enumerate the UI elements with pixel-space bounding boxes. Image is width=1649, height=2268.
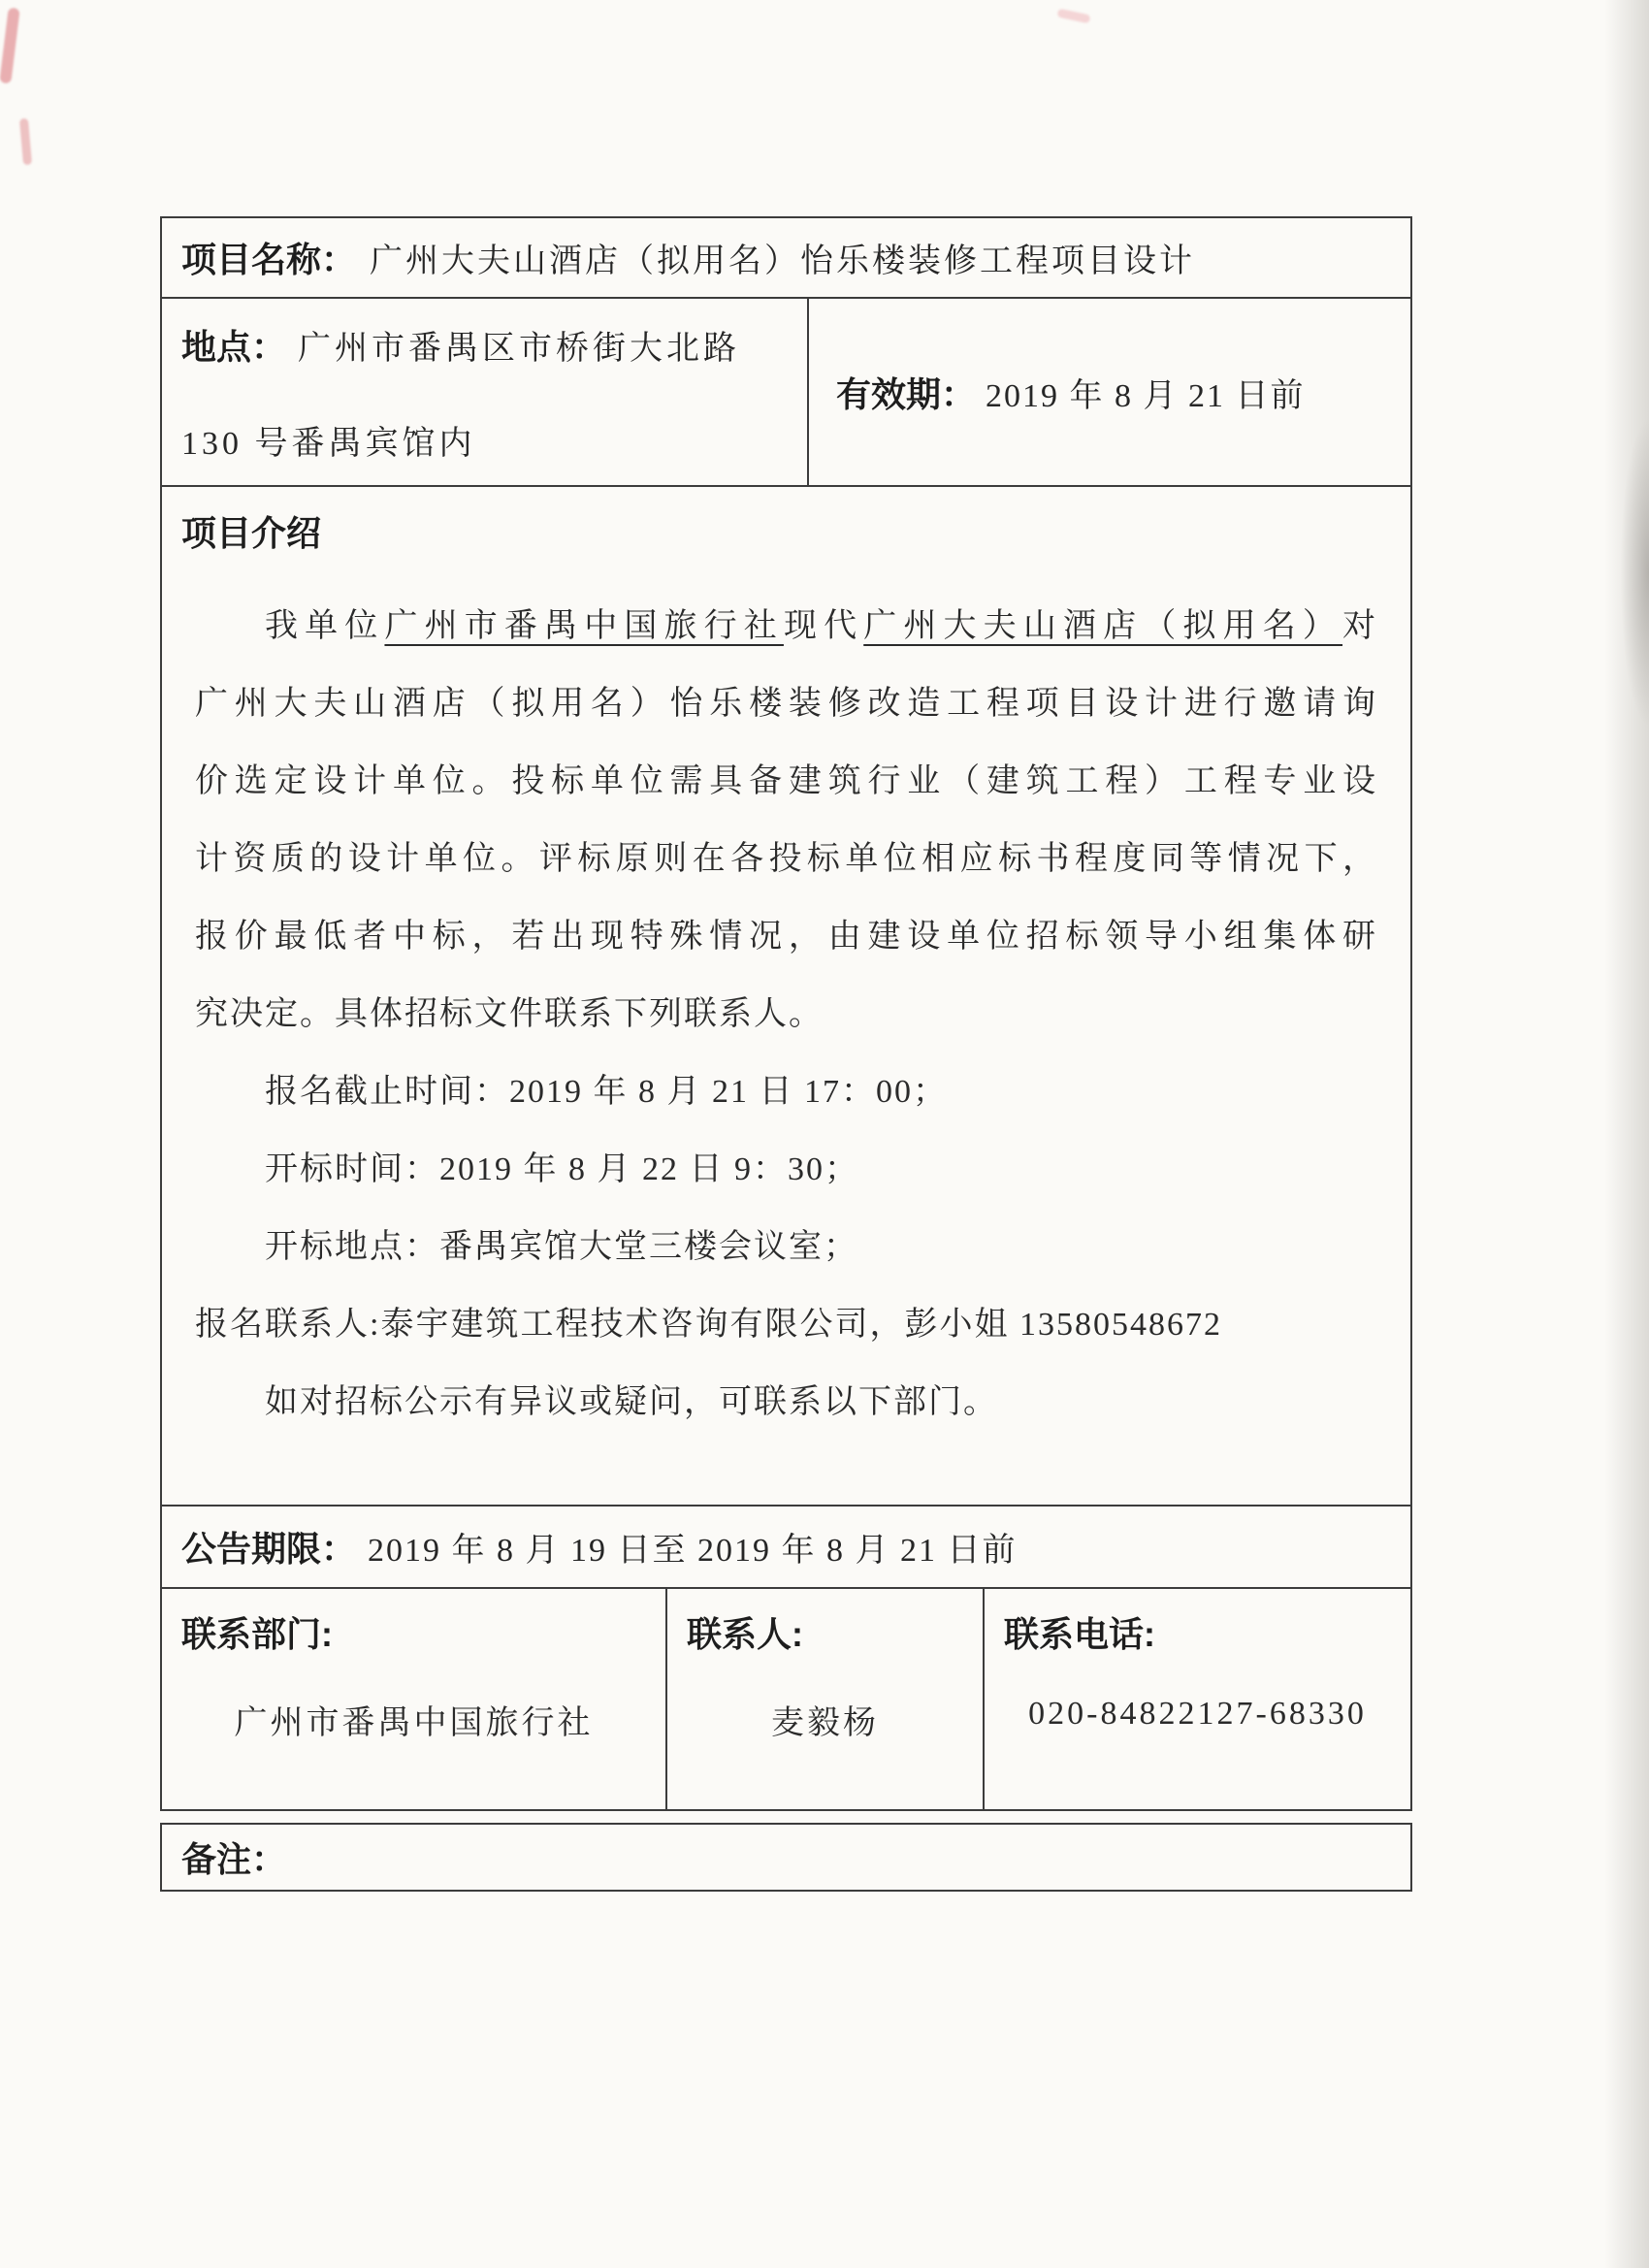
announcement-period-value: 2019 年 8 月 19 日至 2019 年 8 月 21 日前 [368,1523,1018,1571]
announcement-period-label: 公告期限： [181,1522,356,1571]
text: 价选定设计单位。投标单位需具备建筑行业（建筑工程）工程专业设 [195,763,1377,799]
contact-phone-label: 联系电话: [985,1604,1410,1659]
text: 如对招标公示有异议或疑问，可联系以下部门。 [265,1384,998,1420]
validity-label: 有效期： [836,368,976,417]
contact-person-value: 麦毅杨 [667,1696,983,1743]
announcement-period-row: 公告期限： 2019 年 8 月 19 日至 2019 年 8 月 21 日前 [162,1507,1410,1589]
text: 对 [1342,608,1377,644]
intro-line: 报名联系人:泰宇建筑工程技术咨询有限公司，彭小姐 13580548672 [195,1286,1377,1364]
project-name-label: 项目名称： [181,233,356,282]
text: 广州大夫山酒店（拟用名）怡乐楼装修改造工程项目设计进行邀请询 [195,686,1377,722]
contact-phone-value: 020-84822127-68330 [985,1696,1410,1733]
text: 现代 [784,608,863,644]
text: 我单位 [265,608,384,644]
text: 究决定。具体招标文件联系下列联系人。 [195,996,824,1032]
intro-line: 究决定。具体招标文件联系下列联系人。 [195,976,1377,1053]
intro-line: 报价最低者中标，若出现特殊情况，由建设单位招标领导小组集体研 [195,898,1377,976]
intro-line: 如对招标公示有异议或疑问，可联系以下部门。 [195,1364,1377,1442]
contact-person-cell: 联系人: 麦毅杨 [665,1589,983,1809]
intro-line: 价选定设计单位。投标单位需具备建筑行业（建筑工程）工程专业设 [195,743,1377,821]
location-label: 地点： [181,320,286,370]
validity-value: 2019 年 8 月 21 日前 [986,369,1306,416]
scan-red-mark [0,8,20,84]
location-cell: 地点： 广州市番禺区市桥街大北路 130 号番禺宾馆内 [162,299,809,485]
intro-line: 广州大夫山酒店（拟用名）怡乐楼装修改造工程项目设计进行邀请询 [195,665,1377,743]
text: 报价最低者中标，若出现特殊情况，由建设单位招标领导小组集体研 [195,919,1377,955]
contact-person-label: 联系人: [667,1604,983,1659]
location-validity-row: 地点： 广州市番禺区市桥街大北路 130 号番禺宾馆内 有效期： 2019 年 … [162,299,1410,487]
contact-phone-cell: 联系电话: 020-84822127-68330 [983,1589,1410,1809]
scan-edge-shadow [1604,0,1649,2268]
contact-department-value: 广州市番禺中国旅行社 [162,1696,665,1743]
text: 报名联系人:泰宇建筑工程技术咨询有限公司，彭小姐 13580548672 [195,1307,1222,1343]
tender-notice-document: 项目名称： 广州大夫山酒店（拟用名）怡乐楼装修工程项目设计 地点： 广州市番禺区… [160,216,1412,1892]
tender-table: 项目名称： 广州大夫山酒店（拟用名）怡乐楼装修工程项目设计 地点： 广州市番禺区… [160,216,1412,1811]
remark-label: 备注： [181,1832,286,1882]
location-line1: 广州市番禺区市桥街大北路 [298,321,740,369]
intro-body: 我单位广州市番禺中国旅行社现代广州大夫山酒店（拟用名）对广州大夫山酒店（拟用名）… [181,588,1377,1442]
remark-row: 备注： [160,1823,1412,1892]
project-name-row: 项目名称： 广州大夫山酒店（拟用名）怡乐楼装修工程项目设计 [162,218,1410,299]
contact-department-label: 联系部门: [162,1604,665,1659]
text: 开标地点：番禺宾馆大堂三楼会议室； [265,1229,858,1265]
underlined-text: 广州大夫山酒店（拟用名） [863,608,1342,644]
validity-cell: 有效期： 2019 年 8 月 21 日前 [809,299,1410,485]
intro-line: 开标时间：2019 年 8 月 22 日 9：30； [195,1131,1377,1209]
underlined-text: 广州市番禺中国旅行社 [384,608,783,644]
project-name-value: 广州大夫山酒店（拟用名）怡乐楼装修工程项目设计 [370,234,1195,281]
intro-heading: 项目介绍 [181,502,1377,559]
text: 计资质的设计单位。评标原则在各投标单位相应标书程度同等情况下， [195,841,1377,877]
scan-smudge [1620,417,1649,728]
location-line2: 130 号番禺宾馆内 [181,400,788,479]
scanned-document: { "document": { "project": { "label": "项… [0,0,1649,2268]
contact-department-cell: 联系部门: 广州市番禺中国旅行社 [162,1589,665,1809]
intro-section: 项目介绍 我单位广州市番禺中国旅行社现代广州大夫山酒店（拟用名）对广州大夫山酒店… [162,487,1410,1507]
intro-line: 我单位广州市番禺中国旅行社现代广州大夫山酒店（拟用名）对 [195,588,1377,665]
intro-line: 报名截止时间：2019 年 8 月 21 日 17：00； [195,1053,1377,1131]
text: 开标时间：2019 年 8 月 22 日 9：30； [265,1151,859,1187]
intro-line: 计资质的设计单位。评标原则在各投标单位相应标书程度同等情况下， [195,821,1377,898]
text: 报名截止时间：2019 年 8 月 21 日 17：00； [265,1074,948,1110]
scan-red-mark [19,118,32,166]
intro-line: 开标地点：番禺宾馆大堂三楼会议室； [195,1209,1377,1286]
contacts-row: 联系部门: 广州市番禺中国旅行社 联系人: 麦毅杨 联系电话: 020-8482… [162,1589,1410,1809]
scan-red-mark [1056,9,1090,24]
